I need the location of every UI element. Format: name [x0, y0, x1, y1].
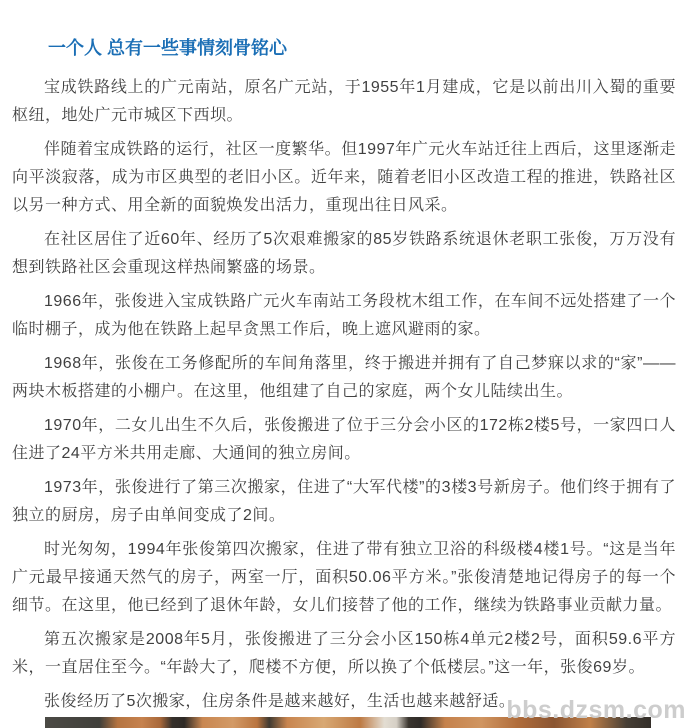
article-paragraph: 时光匆匆，1994年张俊第四次搬家，住进了带有独立卫浴的科级楼4楼1号。“这是当…: [12, 536, 676, 620]
site-watermark: bbs.dzsm.com: [506, 698, 686, 723]
article-paragraph: 1973年，张俊进行了第三次搬家，住进了“大军代楼”的3楼3号新房子。他们终于拥…: [12, 474, 676, 530]
article-paragraph: 第五次搬家是2008年5月，张俊搬进了三分会小区150栋4单元2楼2号，面积59…: [12, 626, 676, 682]
article-paragraph: 1970年，二女儿出生不久后，张俊搬进了位于三分会小区的172栋2楼5号，一家四…: [12, 412, 676, 468]
article-paragraph: 1968年，张俊在工务修配所的车间角落里，终于搬进并拥有了自己梦寐以求的“家”—…: [12, 350, 676, 406]
article-body: 宝成铁路线上的广元南站，原名广元站，于1955年1月建成，它是以前出川入蜀的重要…: [12, 74, 676, 716]
article-paragraph: 宝成铁路线上的广元南站，原名广元站，于1955年1月建成，它是以前出川入蜀的重要…: [12, 74, 676, 130]
article-paragraph: 伴随着宝成铁路的运行，社区一度繁华。但1997年广元火车站迁往上西后，这里逐渐走…: [12, 136, 676, 220]
article-paragraph: 1966年，张俊进入宝成铁路广元火车南站工务段枕木组工作，在车间不远处搭建了一个…: [12, 288, 676, 344]
article-page: 一个人 总有一些事情刻骨铭心 宝成铁路线上的广元南站，原名广元站，于1955年1…: [0, 0, 688, 728]
article-paragraph: 在社区居住了近60年、经历了5次艰难搬家的85岁铁路系统退休老职工张俊，万万没有…: [12, 226, 676, 282]
article-title: 一个人 总有一些事情刻骨铭心: [12, 36, 676, 60]
